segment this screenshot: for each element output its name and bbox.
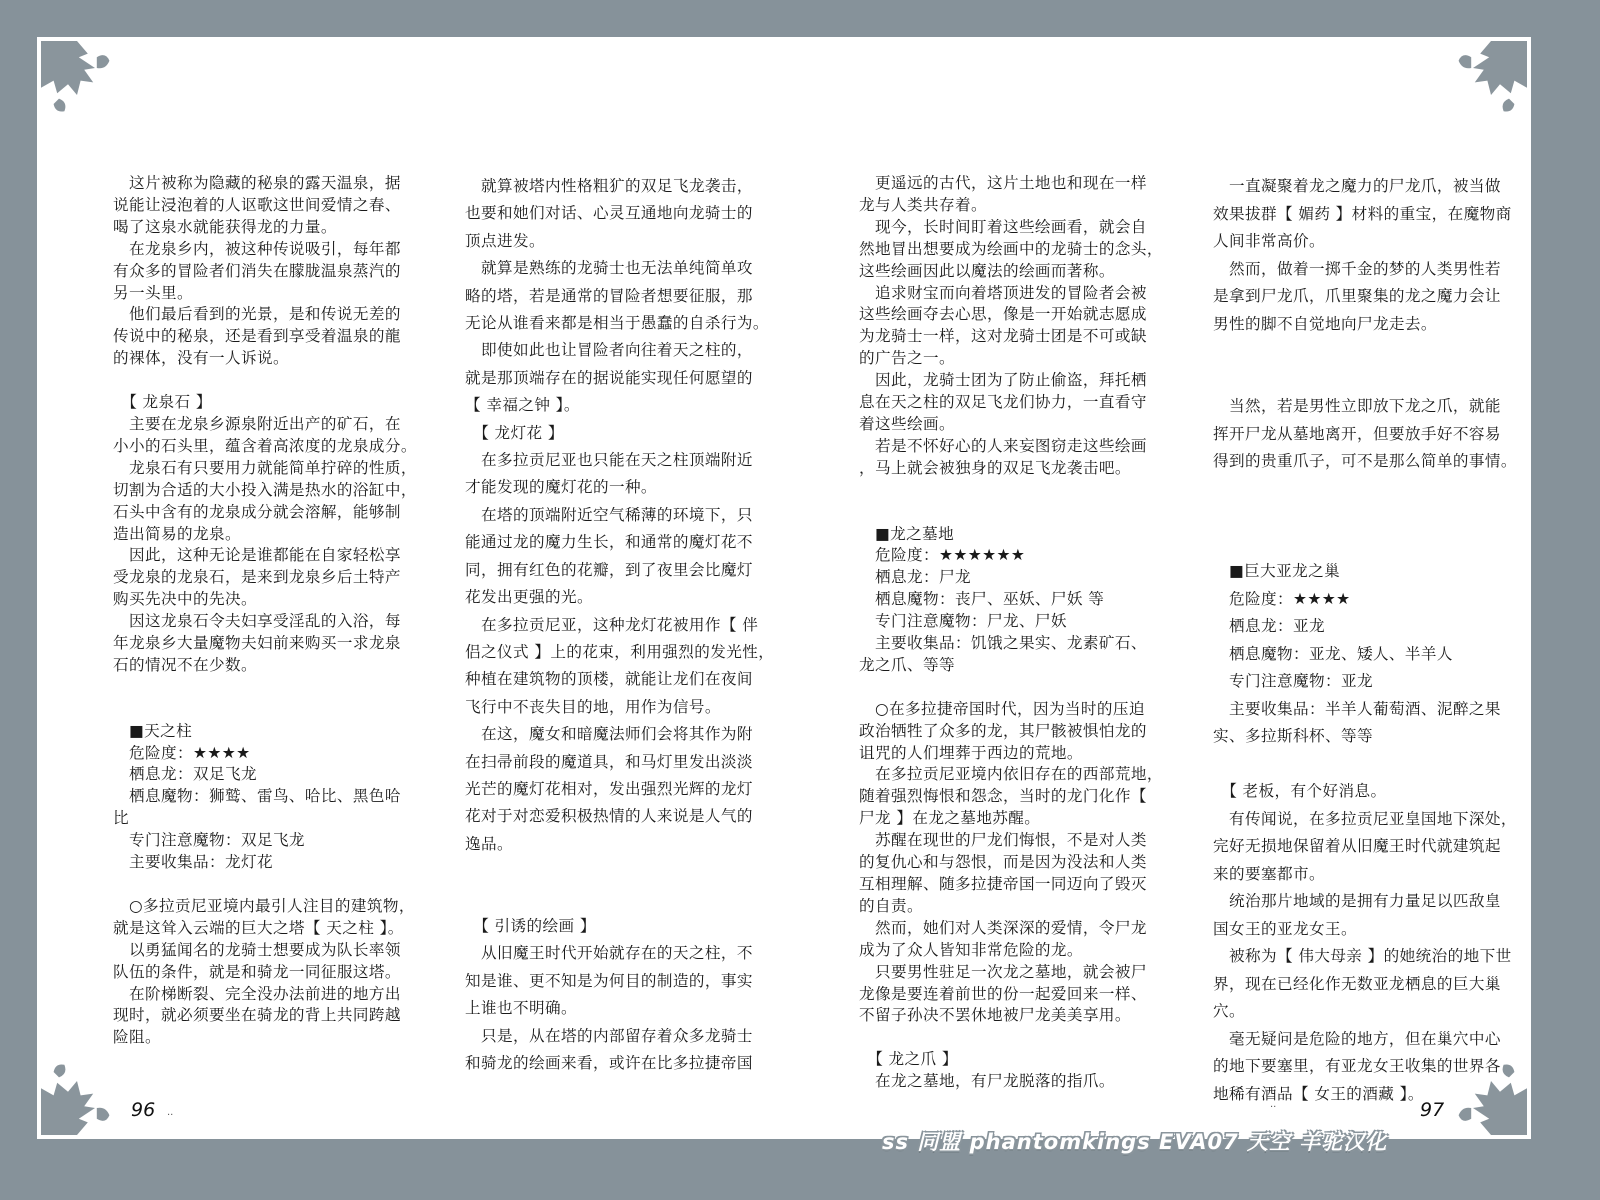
text-line: 龙与人类共存着。 (859, 195, 1183, 217)
text-line: 在阶梯断裂、完全没办法前进的地方出 (113, 984, 435, 1006)
paragraph-gap (465, 858, 787, 885)
text-line: 尸龙 】在龙之墓地苏醒。 (859, 808, 1183, 830)
text-line: ■巨大亚龙之巢 (1213, 558, 1533, 586)
text-line: 栖息魔物：丧尸、巫妖、尸妖 等 (859, 589, 1183, 611)
text-line: 有传闻说，在多拉贡尼亚皇国地下深处， (1213, 806, 1533, 834)
text-line: 说能让浸泡着的人讴歌这世间爱情之春、 (113, 195, 435, 217)
text-line: 侣之仪式 】上的花束，利用强烈的发光性， (465, 639, 787, 666)
text-line: 另一头里。 (113, 283, 435, 305)
text-line: 专门注意魔物：双足飞龙 (113, 830, 435, 852)
text-line: 随着强烈悔恨和怨念，当时的龙门化作【 (859, 786, 1183, 808)
corner-ornament-bottom-left-icon (41, 1045, 131, 1135)
text-line: 当然，若是男性立即放下龙之爪，就能 (1213, 393, 1533, 421)
text-line: 完好无损地保留着从旧魔王时代就建筑起 (1213, 833, 1533, 861)
text-line: 追求财宝而向着塔顶进发的冒险者会被 (859, 283, 1183, 305)
page-number-right: 97 (1420, 1099, 1444, 1121)
text-line: 在这，魔女和暗魔法师们会将其作为附 (465, 721, 787, 748)
text-line: 只是，从在塔的内部留存着众多龙骑士 (465, 1023, 787, 1050)
text-line: 挥开尸龙从墓地离开，但要放手好不容易 (1213, 421, 1533, 449)
text-line: 栖息魔物：狮鹫、雷鸟、哈比、黑色哈 (113, 786, 435, 808)
text-line: 就是那顶端存在的据说能实现任何愿望的 (465, 365, 787, 392)
paragraph-gap (113, 677, 435, 699)
paragraph-gap (113, 370, 435, 392)
text-line: 的地下要塞里，有亚龙女王收集的世界各 (1213, 1053, 1533, 1081)
text-line: 在龙泉乡内，被这种传说吸引，每年都 (113, 239, 435, 261)
text-line: 的裸体，没有一人诉说。 (113, 348, 435, 370)
text-line: 【 龙泉石 】 (113, 392, 435, 414)
text-line: 现时，就必须要坐在骑龙的背上共同跨越 (113, 1005, 435, 1027)
text-line: 这片被称为隐藏的秘泉的露天温泉，据 (113, 173, 435, 195)
text-line: 就算是熟练的龙骑士也无法单纯简单攻 (465, 255, 787, 282)
text-line: ■天之柱 (113, 721, 435, 743)
text-line: 得到的贵重爪子，可不是那么简单的事情。 (1213, 448, 1533, 476)
text-line: 顶点进发。 (465, 228, 787, 255)
text-line: 【 引诱的绘画 】 (465, 913, 787, 940)
text-line: 只要男性驻足一次龙之墓地，就会被尸 (859, 962, 1183, 984)
text-line: 栖息龙：亚龙 (1213, 613, 1533, 641)
text-line: 【 龙之爪 】 (859, 1049, 1183, 1071)
text-line: 栖息龙：尸龙 (859, 567, 1183, 589)
text-line: 危险度：★★★★ (113, 743, 435, 765)
paragraph-gap (859, 677, 1183, 699)
paragraph-gap (113, 699, 435, 721)
text-line: 光芒的魔灯花相对，发出强烈光辉的龙灯 (465, 776, 787, 803)
text-line: 在塔的顶端附近空气稀薄的环境下，只 (465, 502, 787, 529)
paragraph-gap (1213, 751, 1533, 779)
text-line: 的广告之一。 (859, 348, 1183, 370)
text-line: 龙像是要连着前世的份一起爱回来一样、 (859, 984, 1183, 1006)
text-line: 从旧魔王时代开始就存在的天之柱，不 (465, 940, 787, 967)
paragraph-gap (859, 502, 1183, 524)
text-line: 在多拉贡尼亚境内依旧存在的西部荒地， (859, 764, 1183, 786)
text-line: 然地冒出想要成为绘画中的龙骑士的念头， (859, 239, 1183, 261)
paragraph-gap (1213, 503, 1533, 531)
page-dots-right: .. (1270, 1099, 1276, 1110)
paragraph-gap (859, 480, 1183, 502)
paragraph-gap (1213, 366, 1533, 394)
text-line: 即使如此也让冒险者向往着天之柱的， (465, 337, 787, 364)
text-line: 因此，龙骑士团为了防止偷盗，拜托栖 (859, 370, 1183, 392)
text-line: 然而，做着一掷千金的梦的人类男性若 (1213, 256, 1533, 284)
text-line: 受龙泉的龙泉石，是来到龙泉乡后土特产 (113, 567, 435, 589)
paragraph-gap (465, 886, 787, 913)
text-line: 逸品。 (465, 831, 787, 858)
text-line: 比 (113, 808, 435, 830)
text-line: ■龙之墓地 (859, 524, 1183, 546)
text-line: 造出简易的龙泉。 (113, 524, 435, 546)
text-line: 同，拥有红色的花瓣，到了夜里会比魔灯 (465, 557, 787, 584)
corner-ornament-top-left-icon (41, 41, 131, 131)
text-line: 这些绘画因此以魔法的绘画而著称。 (859, 261, 1183, 283)
left-page-column-1: 这片被称为隐藏的秘泉的露天温泉，据说能让浸泡着的人讴歌这世间爱情之春、喝了这泉水… (113, 173, 435, 1049)
left-page-column-2: 就算被塔内性格粗犷的双足飞龙袭击，也要和她们对话、心灵互通地向龙骑士的顶点进发。… (465, 173, 787, 1077)
text-line: 来的要塞都市。 (1213, 861, 1533, 889)
text-line: 才能发现的魔灯花的一种。 (465, 474, 787, 501)
page-number-left: 96 (131, 1099, 155, 1121)
text-line: 在多拉贡尼亚，这种龙灯花被用作【 伴 (465, 612, 787, 639)
text-line: ○多拉贡尼亚境内最引人注目的建筑物， (113, 896, 435, 918)
translation-group-watermark: ss 同盟 phantomkings EVA07 天空 羊驼汉化 (882, 1126, 1387, 1156)
text-line: 栖息龙：双足飞龙 (113, 764, 435, 786)
text-line: 传说中的秘泉，还是看到享受着温泉的龍 (113, 326, 435, 348)
text-line: 着这些绘画。 (859, 414, 1183, 436)
text-line: 花对于对恋爱积极热情的人来说是人气的 (465, 803, 787, 830)
text-line: 在多拉贡尼亚也只能在天之柱顶端附近 (465, 447, 787, 474)
text-line: 购买先决中的先决。 (113, 589, 435, 611)
paragraph-gap (1213, 531, 1533, 559)
text-line: 成为了众人皆知非常危险的龙。 (859, 940, 1183, 962)
text-line: 地稀有酒品【 女王的酒藏 】。 (1213, 1081, 1533, 1109)
text-line: 【 幸福之钟 】。 (465, 392, 787, 419)
text-line: 的自责。 (859, 896, 1183, 918)
text-line: 种植在建筑物的顶楼，就能让龙们在夜间 (465, 666, 787, 693)
text-line: 就是这耸入云端的巨大之塔【 天之柱 】。 (113, 918, 435, 940)
text-line: 不留子孙决不罢休地被尸龙美美享用。 (859, 1005, 1183, 1027)
text-line: 主要在龙泉乡源泉附近出产的矿石，在 (113, 414, 435, 436)
text-line: 就算被塔内性格粗犷的双足飞龙袭击， (465, 173, 787, 200)
text-line: 一直凝聚着龙之魔力的尸龙爪，被当做 (1213, 173, 1533, 201)
text-line: 现今，长时间盯着这些绘画看，就会自 (859, 217, 1183, 239)
text-line: 龙泉石有只要用力就能简单拧碎的性质， (113, 458, 435, 480)
text-line: 主要收集品：龙灯花 (113, 852, 435, 874)
text-line: 专门注意魔物：亚龙 (1213, 668, 1533, 696)
text-line: 是拿到尸龙爪，爪里聚集的龙之魔力会让 (1213, 283, 1533, 311)
text-line: 因这龙泉石令夫妇享受淫乱的入浴，每 (113, 611, 435, 633)
text-line: 【 龙灯花 】 (465, 420, 787, 447)
text-line: 能通过龙的魔力生长，和通常的魔灯花不 (465, 529, 787, 556)
text-line: 这些绘画夺去心思，像是一开始就志愿成 (859, 304, 1183, 326)
text-line: 诅咒的人们埋葬于西边的荒地。 (859, 743, 1183, 765)
text-line: 略的塔，若是通常的冒险者想要征服，那 (465, 283, 787, 310)
text-line: 然而，她们对人类深深的爱情，令尸龙 (859, 918, 1183, 940)
text-line: 主要收集品：半羊人葡萄酒、泥醉之果 (1213, 696, 1533, 724)
text-line: 危险度：★★★★★★ (859, 545, 1183, 567)
text-line: 上谁也不明确。 (465, 995, 787, 1022)
text-line: 互相理解、随多拉捷帝国一同迈向了毁灭 (859, 874, 1183, 896)
text-line: 队伍的条件，就是和骑龙一同征服这塔。 (113, 962, 435, 984)
text-line: 和骑龙的绘画来看，或许在比多拉捷帝国 (465, 1050, 787, 1077)
text-line: 若是不怀好心的人来妄图窃走这些绘画 (859, 436, 1183, 458)
text-line: 为龙骑士一样，这对龙骑士团是不可或缺 (859, 326, 1183, 348)
text-line: 他们最后看到的光景，是和传说无差的 (113, 304, 435, 326)
text-line: 苏醒在现世的尸龙们悔恨，不是对人类 (859, 830, 1183, 852)
text-line: 人间非常高价。 (1213, 228, 1533, 256)
paragraph-gap (113, 874, 435, 896)
paragraph-gap (1213, 476, 1533, 504)
text-line: 【 老板，有个好消息。 (1213, 778, 1533, 806)
text-line: 小小的石头里，蕴含着高浓度的龙泉成分。 (113, 436, 435, 458)
text-line: 息在天之柱的双足飞龙们协力，一直看守 (859, 392, 1183, 414)
text-line: 有众多的冒险者们消失在朦胧温泉蒸汽的 (113, 261, 435, 283)
text-line: 石头中含有的龙泉成分就会溶解，能够制 (113, 502, 435, 524)
text-line: 被称为【 伟大母亲 】的她统治的地下世 (1213, 943, 1533, 971)
text-line: 也要和她们对话、心灵互通地向龙骑士的 (465, 200, 787, 227)
text-line: 效果拔群【 媚药 】材料的重宝，在魔物商 (1213, 201, 1533, 229)
text-line: 飞行中不丧失目的地，用作为信号。 (465, 694, 787, 721)
text-line: 险阻。 (113, 1027, 435, 1049)
text-line: 的复仇心和与怨恨，而是因为没法和人类 (859, 852, 1183, 874)
text-line: 在龙之墓地，有尸龙脱落的指爪。 (859, 1071, 1183, 1093)
text-line: 专门注意魔物：尸龙、尸妖 (859, 611, 1183, 633)
text-line: 男性的脚不自觉地向尸龙走去。 (1213, 311, 1533, 339)
page-dots-left: .. (167, 1107, 173, 1118)
text-line: 穴。 (1213, 998, 1533, 1026)
book-spread: 这片被称为隐藏的秘泉的露天温泉，据说能让浸泡着的人讴歌这世间爱情之春、喝了这泉水… (37, 37, 1531, 1139)
text-line: 统治那片地域的是拥有力量足以匹敌皇 (1213, 888, 1533, 916)
right-page-column-2: 一直凝聚着龙之魔力的尸龙爪，被当做效果拔群【 媚药 】材料的重宝，在魔物商人间非… (1213, 173, 1533, 1108)
text-line: 喝了这泉水就能获得龙的力量。 (113, 217, 435, 239)
right-page-column-1: 更遥远的古代，这片土地也和现在一样龙与人类共存着。 现今，长时间盯着这些绘画看，… (859, 173, 1183, 1093)
text-line: ○在多拉捷帝国时代，因为当时的压迫 (859, 699, 1183, 721)
text-line: 政治牺牲了众多的龙，其尸骸被惧怕龙的 (859, 721, 1183, 743)
text-line: 石的情况不在少数。 (113, 655, 435, 677)
text-line: 栖息魔物：亚龙、矮人、半羊人 (1213, 641, 1533, 669)
corner-ornament-top-right-icon (1437, 41, 1527, 131)
text-line: 在扫帚前段的魔道具，和马灯里发出淡淡 (465, 749, 787, 776)
text-line: 更遥远的古代，这片土地也和现在一样 (859, 173, 1183, 195)
text-line: 知是谁、更不知是为何目的制造的，事实 (465, 968, 787, 995)
text-line: 切割为合适的大小投入满是热水的浴缸中， (113, 480, 435, 502)
paragraph-gap (1213, 338, 1533, 366)
text-line: 年龙泉乡大量魔物夫妇前来购买一求龙泉 (113, 633, 435, 655)
text-line: 国女王的亚龙女王。 (1213, 916, 1533, 944)
text-line: 无论从谁看来都是相当于愚蠢的自杀行为。 (465, 310, 787, 337)
text-line: ，马上就会被独身的双足飞龙袭击吧。 (859, 458, 1183, 480)
text-line: 界，现在已经化作无数亚龙栖息的巨大巢 (1213, 971, 1533, 999)
text-line: 毫无疑问是危险的地方，但在巢穴中心 (1213, 1026, 1533, 1054)
text-line: 实、多拉斯科杯、等等 (1213, 723, 1533, 751)
text-line: 花发出更强的光。 (465, 584, 787, 611)
paragraph-gap (859, 1027, 1183, 1049)
text-line: 主要收集品：饥饿之果实、龙素矿石、 (859, 633, 1183, 655)
text-line: 危险度：★★★★ (1213, 586, 1533, 614)
text-line: 以勇猛闻名的龙骑士想要成为队长率领 (113, 940, 435, 962)
text-line: 因此，这种无论是谁都能在自家轻松享 (113, 545, 435, 567)
text-line: 龙之爪、等等 (859, 655, 1183, 677)
